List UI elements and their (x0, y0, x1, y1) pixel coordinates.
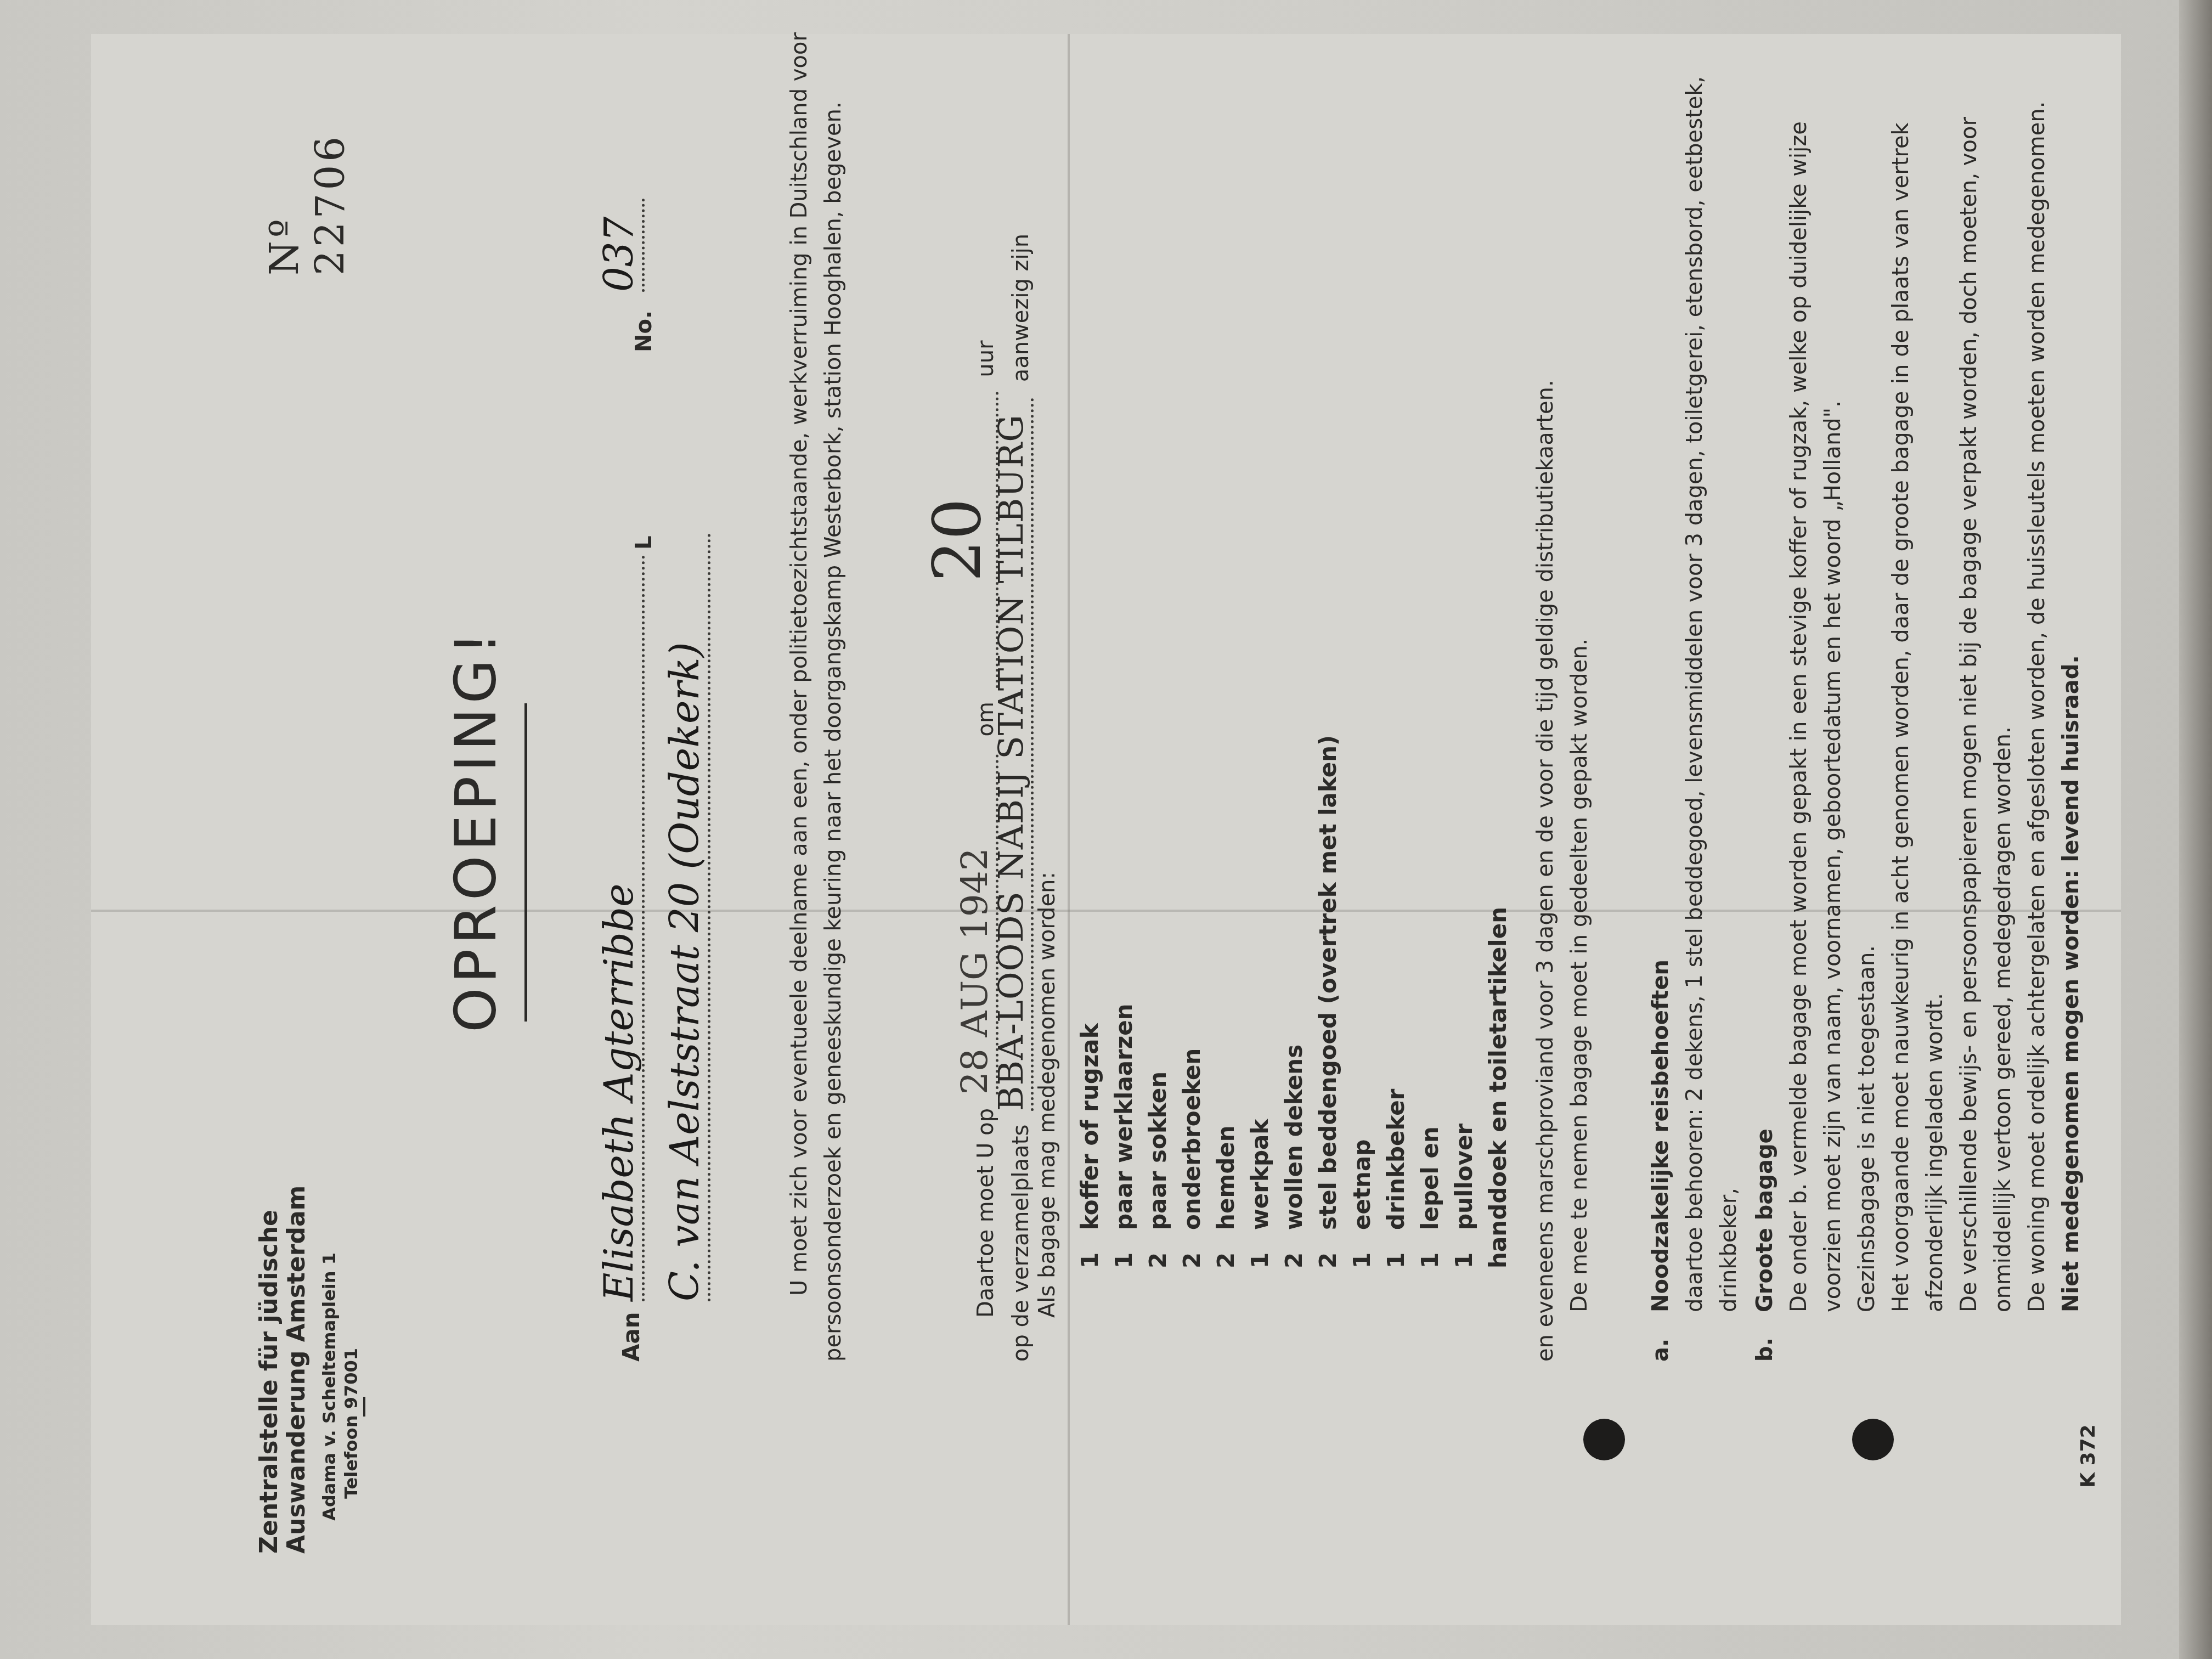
recipient-label: Aan (618, 1312, 645, 1362)
recipient-mark: L (631, 536, 657, 550)
packing-note: De mee te nemen bagage moet in gedeelten… (1562, 45, 1596, 1362)
summons-document: Zentralstelle für jüdische Auswanderung … (91, 34, 2121, 1625)
list-item: 1lepel en (1413, 735, 1447, 1268)
number-label: Nº (261, 216, 307, 275)
section-b-body3: Het voorgaande moet nauwkeurig in acht g… (1884, 45, 1952, 1312)
list-item: 1koffer of rugzak (1073, 735, 1107, 1268)
divider-dash (363, 1397, 365, 1417)
table-edge (2179, 0, 2212, 1659)
list-item: 2hemden (1209, 735, 1243, 1268)
number-value: 22706 (307, 133, 353, 275)
recipient-address-field: C. van Aelststraat 20 (Oudekerk) (662, 533, 710, 1301)
march-provisions: en eveneens marschproviand voor 3 dagen … (1528, 45, 1596, 1362)
fold-crease-horizontal (1068, 34, 1070, 1625)
section-a-label: a. (1644, 1312, 1678, 1362)
list-item: 1paar werklaarzen (1107, 735, 1141, 1268)
list-item: 1werkpak (1243, 735, 1277, 1268)
item-quantity: 2 (1175, 1230, 1209, 1268)
item-quantity: 1 (1379, 1230, 1413, 1268)
list-item: 1drinkbeker (1379, 735, 1413, 1268)
item-name: werkpak (1243, 1119, 1277, 1230)
item-name: paar werklaarzen (1107, 1003, 1141, 1230)
item-name: pullover (1447, 1124, 1481, 1230)
section-b: b. Groote bagage De onder b. vermelde ba… (1748, 45, 1782, 1362)
section-a-heading: Noodzakelijke reisbehoeften (1644, 45, 1678, 1312)
document-number: Nº 22706 (261, 34, 353, 275)
registration-number-field: 037 (596, 199, 645, 292)
item-quantity: 2 (1141, 1230, 1175, 1268)
appointment-time: 20 (919, 392, 998, 688)
item-name: hemden (1209, 1125, 1243, 1230)
toiletries-item: handdoek en toiletartikelen (1485, 907, 1511, 1268)
registration-number: 037 (596, 199, 645, 292)
item-name: wollen dekens (1277, 1045, 1311, 1230)
punch-hole (1852, 1419, 1894, 1460)
registration-number-label: No. (631, 311, 657, 352)
section-b-body5: De woning moet ordelijk achtergelaten en… (2020, 45, 2054, 1312)
item-name: koffer of rugzak (1073, 1023, 1107, 1230)
item-quantity: 1 (1447, 1230, 1481, 1268)
instruction-text: U moet zich voor eventueele deelname aan… (787, 32, 846, 1362)
section-b-label: b. (1748, 1312, 1782, 1362)
item-name: drinkbeker (1379, 1088, 1413, 1230)
title-underline (524, 703, 527, 1022)
sender-line2: Auswanderung Amsterdam (283, 1186, 311, 1554)
assembly-suffix: aanwezig zijn (1008, 234, 1034, 382)
section-b-body1: De onder b. vermelde bagage moet worden … (1782, 45, 1850, 1312)
item-quantity: 1 (1073, 1230, 1107, 1268)
recipient-name-field: Elisabeth Agterribbe (596, 555, 645, 1301)
march-provisions-text: en eveneens marschproviand voor 3 dagen … (1533, 380, 1558, 1362)
item-name: onderbroeken (1175, 1048, 1209, 1230)
assembly-place-stamp: BBA-LOODS NABIJ STATION TILBURG (991, 398, 1034, 1111)
item-quantity: 1 (1413, 1230, 1447, 1268)
item-quantity: 2 (1311, 1230, 1345, 1268)
section-a: a. Noodzakelijke reisbehoeften daartoe b… (1644, 45, 1678, 1362)
section-b-body4: De verschillende bewijs- en persoonspapi… (1952, 45, 2020, 1312)
list-item: 2onderbroeken (1175, 735, 1209, 1268)
item-name: paar sokken (1141, 1071, 1175, 1230)
item-name: eetnap (1345, 1139, 1379, 1230)
item-quantity: 1 (1107, 1230, 1141, 1268)
section-b-body2: Gezinsbagage is niet toegestaan. (1850, 45, 1884, 1312)
page-title: OPROEPING! (442, 628, 509, 1032)
recipient-address: C. van Aelststraat 20 (Oudekerk) (662, 533, 710, 1301)
sender-line1: Zentralstelle für jüdische (256, 1186, 283, 1554)
punch-hole (1583, 1419, 1625, 1460)
sender-telephone: Telefoon 97001 (340, 1186, 362, 1554)
item-name: lepel en (1413, 1126, 1447, 1230)
item-quantity: 1 (1345, 1230, 1379, 1268)
item-quantity: 1 (1243, 1230, 1277, 1268)
appointment-row: Daartoe moet U op 28 AUG 1942 om 20 uur (919, 340, 998, 1318)
section-a-body: daartoe behooren: 2 dekens, 1 stel bedde… (1682, 76, 1741, 1312)
instruction-paragraph: U moet zich voor eventueele deelname aan… (782, 12, 850, 1362)
list-item: 2wollen dekens (1277, 735, 1311, 1268)
section-b-heading: Groote bagage (1748, 45, 1782, 1312)
item-quantity: 2 (1209, 1230, 1243, 1268)
sender-address: Adama v. Scheltemaplein 1 (318, 1186, 340, 1554)
recipient-name: Elisabeth Agterribbe (596, 555, 645, 1301)
baggage-intro: Als bagage mag medegenomen worden: (1035, 872, 1060, 1318)
list-item: 1pullover (1447, 735, 1481, 1268)
list-item: 1eetnap (1345, 735, 1379, 1268)
list-item: 2paar sokken (1141, 735, 1175, 1268)
item-quantity: 2 (1277, 1230, 1311, 1268)
item-name: stel beddengoed (overtrek met laken) (1311, 735, 1345, 1230)
list-item: 2stel beddengoed (overtrek met laken) (1311, 735, 1345, 1268)
baggage-list: 1koffer of rugzak1paar werklaarzen2paar … (1073, 735, 1481, 1268)
sender-block: Zentralstelle für jüdische Auswanderung … (256, 1186, 365, 1554)
section-b-body6: Niet medegenomen mogen worden: levend hu… (2054, 45, 2088, 1312)
assembly-prefix: op de verzamelplaats (1008, 1125, 1034, 1362)
form-code: K 372 (2077, 1424, 2100, 1488)
assembly-row: op de verzamelplaats BBA-LOODS NABIJ STA… (991, 234, 1034, 1362)
